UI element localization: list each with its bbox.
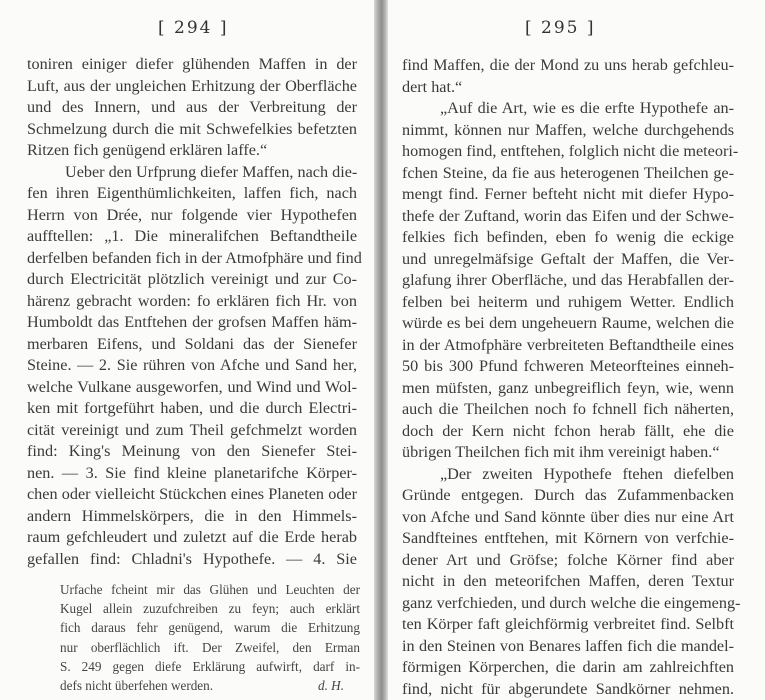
text-line: cität vereinigt und zum Theil gefchmelzt… xyxy=(27,420,357,442)
text-line: auch die Theilchen noch fo fchnell fich … xyxy=(402,399,734,421)
text-line: find: King's Meinung von den Sienefer St… xyxy=(27,441,357,463)
book-spine xyxy=(374,0,388,700)
text-line: ken mit fortgeführt haben, und die durch… xyxy=(27,398,357,420)
text-line: fen ihren Eigenthümlichkeiten, laffen fi… xyxy=(27,183,357,205)
text-line: Herrn von Drée, nur folgende vier Hypoth… xyxy=(27,205,357,227)
text-line: derfelben befanden fich in der Atmofphär… xyxy=(27,248,357,270)
text-line: und unregelmäfsige Geftalt der Maffen, d… xyxy=(402,249,734,271)
footnote-line: Kugel allein zuzufchreiben zu feyn; auch… xyxy=(60,599,360,618)
text-line: chen oder vielleicht Stückchen eines Pla… xyxy=(27,484,357,506)
text-line: Schmelzung durch die mit Schwefelkies be… xyxy=(27,119,357,141)
text-line: fchen Steine, da fie aus heterogenen The… xyxy=(402,163,734,185)
footnote-line: defs nicht überfehen werden.d. H. xyxy=(60,676,360,695)
footnote-last-text: defs nicht überfehen werden. xyxy=(60,678,213,693)
text-line: ganz verfchieden, und durch welche die e… xyxy=(402,593,734,615)
text-line: men müfsten, ganz unbegreiflich feyn, wi… xyxy=(402,378,734,400)
text-line: toniren einiger diefer glühenden Maffen … xyxy=(27,54,357,76)
text-line: würde es bei dem ungeheuern Raume, welch… xyxy=(402,313,734,335)
text-line: durch Electricität plötzlich vereinigt u… xyxy=(27,269,357,291)
text-line: mengt find. Ferner befteht nicht mit die… xyxy=(402,184,734,206)
text-line: Ueber den Urfprung diefer Maffen, nach d… xyxy=(27,162,357,184)
footnote-line: fich daraus fehr genügend, warum die Erh… xyxy=(60,618,360,637)
text-line: find, nicht für abgerundete Sandkörner n… xyxy=(402,679,734,700)
text-line: „Auf die Art, wie es die erfte Hypothefe… xyxy=(402,98,734,120)
text-line: in der Atmofphäre verbreiteten Beftandth… xyxy=(402,335,734,357)
text-line: Steine. — 2. Sie rühren von Afche und Sa… xyxy=(27,355,357,377)
right-page: [ 295 ] find Maffen, die der Mond zu uns… xyxy=(388,0,765,700)
footnote-line: S. 249 gegen diefe Erklärung aufwirft, d… xyxy=(60,657,360,676)
text-line: Ritzen fich genügend erklären laffe.“ xyxy=(27,140,357,162)
text-line: förmigen Körperchen, die darin am zahlre… xyxy=(402,657,734,679)
text-line: thefe der Zuftand, worin das Eifen und d… xyxy=(402,206,734,228)
text-line: felkies fich befinden, eben fo wenig die… xyxy=(402,227,734,249)
text-line: nimmt, können nur Maffen, welche durchge… xyxy=(402,120,734,142)
text-line: härenz gebracht worden: fo erklären fich… xyxy=(27,291,357,313)
left-page: [ 294 ] toniren einiger diefer glühenden… xyxy=(0,0,376,700)
footnote-line: Urfache fcheint mir das Glühen und Leuch… xyxy=(60,580,360,599)
text-line: merbaren Eifens, und Soldani das der Sie… xyxy=(27,334,357,356)
text-line: dener Art und Gröfse; folche Körner find… xyxy=(402,550,734,572)
text-line: Humboldt das Entftehen der grofsen Maffe… xyxy=(27,312,357,334)
text-line: „Der zweiten Hypothefe ftehen diefelben xyxy=(402,464,734,486)
text-line: und des Innern, und aus der Verbreitung … xyxy=(27,97,357,119)
text-line: felben bei heiterm und ruhigem Wetter. E… xyxy=(402,292,734,314)
text-line: gefallen find: Chladni's Hypothefe. — 4.… xyxy=(27,549,357,571)
text-line: nicht in den meteorifchen Maffen, deren … xyxy=(402,571,734,593)
text-line: dert hat.“ xyxy=(402,77,734,99)
text-line: Gründe entgegen. Durch das Zufammenbacke… xyxy=(402,485,734,507)
text-line: homogen find, entftehen, folglich nicht … xyxy=(402,141,734,163)
text-line: welche Vulkane ausgeworfen, und Wind und… xyxy=(27,377,357,399)
page-body-text: find Maffen, die der Mond zu uns herab g… xyxy=(402,55,734,700)
text-line: raum gefchleudert und zuletzt auf die Er… xyxy=(27,527,357,549)
text-line: Luft, aus der ungleichen Erhitzung der O… xyxy=(27,76,357,98)
text-line: glafung ihrer Oberfläche, und das Herabf… xyxy=(402,270,734,292)
text-line: find Maffen, die der Mond zu uns herab g… xyxy=(402,55,734,77)
footnote-signature: d. H. xyxy=(318,676,344,695)
footnote: Urfache fcheint mir das Glühen und Leuch… xyxy=(60,580,360,695)
page-number: [ 294 ] xyxy=(158,18,229,38)
footnote-line: nur oberflächlich ift. Der Zweifel, den … xyxy=(60,638,360,657)
text-line: übrigen Theilchen fich mit ihm vereinigt… xyxy=(402,442,734,464)
text-line: 50 bis 300 Pfund fchweren Meteorfteines … xyxy=(402,356,734,378)
text-line: aufftellen: „1. Die mineralifchen Beftan… xyxy=(27,226,357,248)
text-line: Sandfteines entftehen, mit Körnern von v… xyxy=(402,528,734,550)
page-number: [ 295 ] xyxy=(525,18,596,38)
text-line: von Afche und Sand könnte über dies nur … xyxy=(402,507,734,529)
text-line: in den Steinen von Benares laffen fich d… xyxy=(402,636,734,658)
page-body-text: toniren einiger diefer glühenden Maffen … xyxy=(27,54,357,570)
text-line: andern Himmelskörpers, die in den Himmel… xyxy=(27,506,357,528)
text-line: nen. — 3. Sie find kleine planetarifche … xyxy=(27,463,357,485)
text-line: ten Körper faft gleichförmig verbreitet … xyxy=(402,614,734,636)
text-line: doch der Kern nicht fchon herab fällt, e… xyxy=(402,421,734,443)
